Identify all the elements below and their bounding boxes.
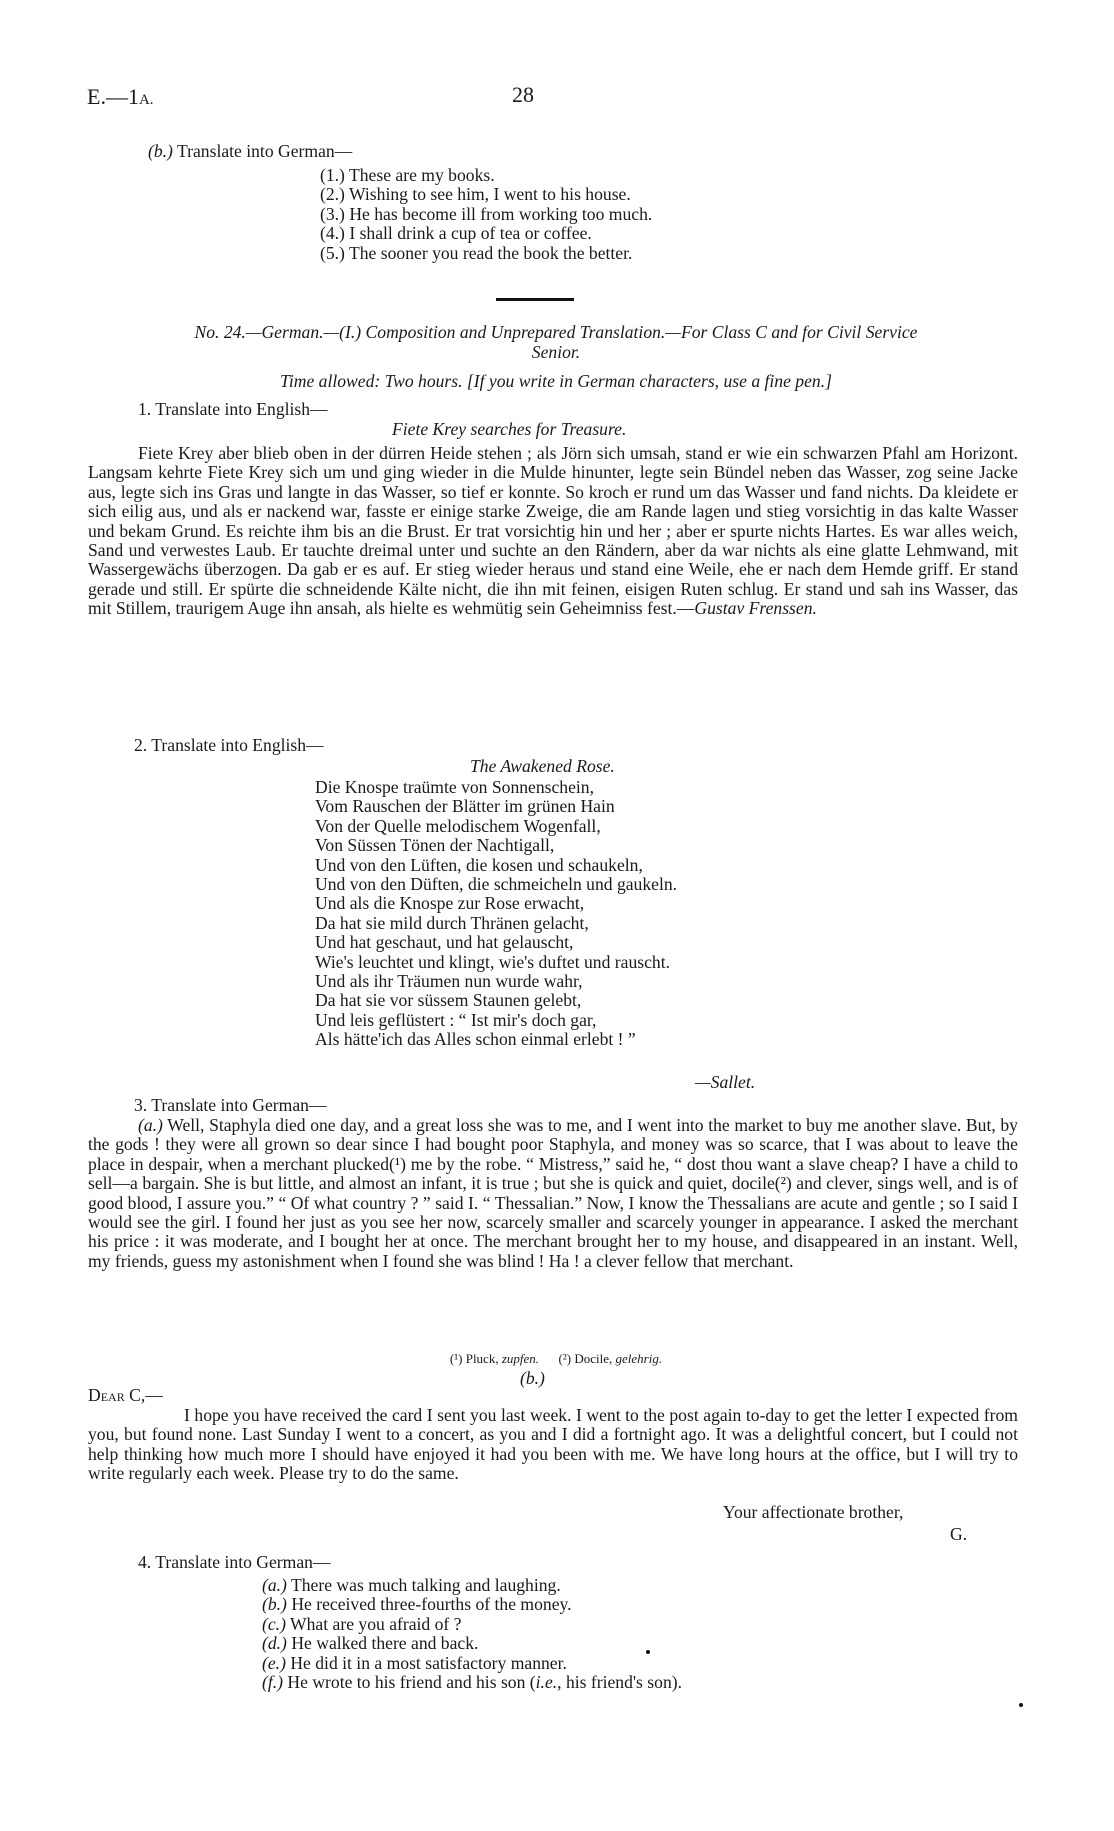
part-b-list: (1.) These are my books. (2.) Wishing to…	[320, 166, 652, 263]
item-text: There was much talking and laughing.	[291, 1575, 561, 1595]
part-b-heading: (b.) Translate into German—	[148, 142, 352, 161]
poem-line: Als hätte'ich das Alles schon einmal erl…	[315, 1030, 677, 1049]
document-code-main: E.—1	[87, 84, 139, 109]
item-tail: , his friend's son).	[557, 1672, 682, 1692]
item-text: Wishing to see him, I went to his house.	[349, 184, 631, 204]
item-number: (1.)	[320, 165, 345, 185]
list-item: (4.) I shall drink a cup of tea or coffe…	[320, 224, 652, 243]
item-ie: i.e.	[536, 1672, 558, 1692]
item-text: What are you afraid of ?	[290, 1614, 461, 1634]
item-text: He received three-fourths of the money.	[291, 1594, 571, 1614]
poem-line: Da hat sie vor süssem Staunen gelebt,	[315, 991, 677, 1010]
footnote-2-mark: (²) Docile,	[559, 1351, 613, 1366]
q1-instruction: 1. Translate into English—	[138, 400, 328, 419]
item-text: He did it in a most satisfactory manner.	[290, 1653, 567, 1673]
footnote-1-word: zupfen.	[502, 1351, 539, 1366]
letter-body-text: I hope you have received the card I sent…	[88, 1405, 1018, 1483]
print-speck	[646, 1650, 650, 1654]
item-text: These are my books.	[349, 165, 495, 185]
item-label: (d.)	[262, 1633, 287, 1653]
footnotes: (¹) Pluck, zupfen. (²) Docile, gelehrig.	[88, 1349, 1024, 1368]
page-number: 28	[512, 85, 534, 104]
q1-passage-title: Fiete Krey searches for Treasure.	[392, 420, 626, 439]
item-number: (3.)	[320, 204, 345, 224]
letter-closing: Your affectionate brother,	[723, 1503, 903, 1522]
list-item: (d.) He walked there and back.	[262, 1634, 682, 1653]
list-item: (e.) He did it in a most satisfactory ma…	[262, 1654, 682, 1673]
poem: Die Knospe traümte von Sonnenschein, Vom…	[315, 778, 677, 1050]
q3-part-b-label: (b.)	[520, 1369, 545, 1388]
poem-line: Von Süssen Tönen der Nachtigall,	[315, 836, 677, 855]
document-code-suffix: A.	[139, 92, 154, 108]
item-label: (f.)	[262, 1672, 283, 1692]
poem-line: Und hat geschaut, und hat gelauscht,	[315, 933, 677, 952]
q2-poem-title: The Awakened Rose.	[470, 757, 615, 776]
q2-instruction: 2. Translate into English—	[134, 736, 324, 755]
list-item: (c.) What are you afraid of ?	[262, 1615, 682, 1634]
q3-instruction: 3. Translate into German—	[134, 1096, 327, 1115]
poem-line: Und von den Düften, die schmeicheln und …	[315, 875, 677, 894]
print-speck	[1019, 1703, 1023, 1707]
item-text: I shall drink a cup of tea or coffee.	[349, 223, 591, 243]
q3-part-a-label: (a.)	[138, 1115, 163, 1135]
item-text: He walked there and back.	[291, 1633, 478, 1653]
poem-line: Und von den Lüften, die kosen und schauk…	[315, 856, 677, 875]
list-item: (1.) These are my books.	[320, 166, 652, 185]
list-item: (5.) The sooner you read the book the be…	[320, 244, 652, 263]
footnote-1-mark: (¹) Pluck,	[450, 1351, 499, 1366]
item-label: (c.)	[262, 1614, 286, 1634]
footnote-2-word: gelehrig.	[616, 1351, 663, 1366]
q3-part-a-text: Well, Staphyla died one day, and a great…	[88, 1115, 1018, 1271]
poem-line: Und als die Knospe zur Rose erwacht,	[315, 894, 677, 913]
q3-part-a: (a.) Well, Staphyla died one day, and a …	[88, 1116, 1018, 1271]
list-item: (b.) He received three-fourths of the mo…	[262, 1595, 682, 1614]
section-divider	[496, 298, 574, 301]
list-item: (f.) He wrote to his friend and his son …	[262, 1673, 682, 1692]
q4-list: (a.) There was much talking and laughing…	[262, 1576, 682, 1692]
item-text: He has become ill from working too much.	[349, 204, 652, 224]
q1-author: Gustav Frenssen.	[694, 598, 817, 618]
item-text: The sooner you read the book the better.	[349, 243, 632, 263]
exam-title-line-2: Senior.	[88, 342, 1024, 362]
poem-line: Und als ihr Träumen nun wurde wahr,	[315, 972, 677, 991]
document-code: E.—1A.	[87, 87, 154, 110]
part-b-instruction: Translate into German—	[177, 141, 352, 161]
item-text: He wrote to his friend and his son (	[287, 1672, 535, 1692]
item-label: (a.)	[262, 1575, 287, 1595]
letter-body: I hope you have received the card I sent…	[88, 1406, 1018, 1484]
item-number: (4.)	[320, 223, 345, 243]
list-item: (a.) There was much talking and laughing…	[262, 1576, 682, 1595]
item-label: (e.)	[262, 1653, 286, 1673]
letter-signature: G.	[950, 1525, 967, 1544]
item-label: (b.)	[262, 1594, 287, 1614]
q1-passage: Fiete Krey aber blieb oben in der dürren…	[88, 444, 1018, 619]
q4-instruction: 4. Translate into German—	[138, 1553, 331, 1572]
poem-line: Wie's leuchtet und klingt, wie's duftet …	[315, 953, 677, 972]
part-b-label: (b.)	[148, 141, 173, 161]
exam-title: No. 24.—German.—(I.) Composition and Unp…	[88, 322, 1024, 362]
poem-line: Von der Quelle melodischem Wogenfall,	[315, 817, 677, 836]
q1-passage-text: Fiete Krey aber blieb oben in der dürren…	[88, 443, 1018, 618]
poem-line: Und leis geflüstert : “ Ist mir's doch g…	[315, 1011, 677, 1030]
exam-title-line-1: No. 24.—German.—(I.) Composition and Unp…	[88, 322, 1024, 342]
item-number: (5.)	[320, 243, 345, 263]
time-allowed: Time allowed: Two hours. [If you write i…	[88, 372, 1024, 391]
item-number: (2.)	[320, 184, 345, 204]
poem-line: Die Knospe traümte von Sonnenschein,	[315, 778, 677, 797]
list-item: (3.) He has become ill from working too …	[320, 205, 652, 224]
q2-author: —Sallet.	[695, 1073, 755, 1092]
poem-line: Vom Rauschen der Blätter im grünen Hain	[315, 797, 677, 816]
list-item: (2.) Wishing to see him, I went to his h…	[320, 185, 652, 204]
letter-salutation: Dear C,—	[88, 1386, 163, 1405]
poem-line: Da hat sie mild durch Thränen gelacht,	[315, 914, 677, 933]
